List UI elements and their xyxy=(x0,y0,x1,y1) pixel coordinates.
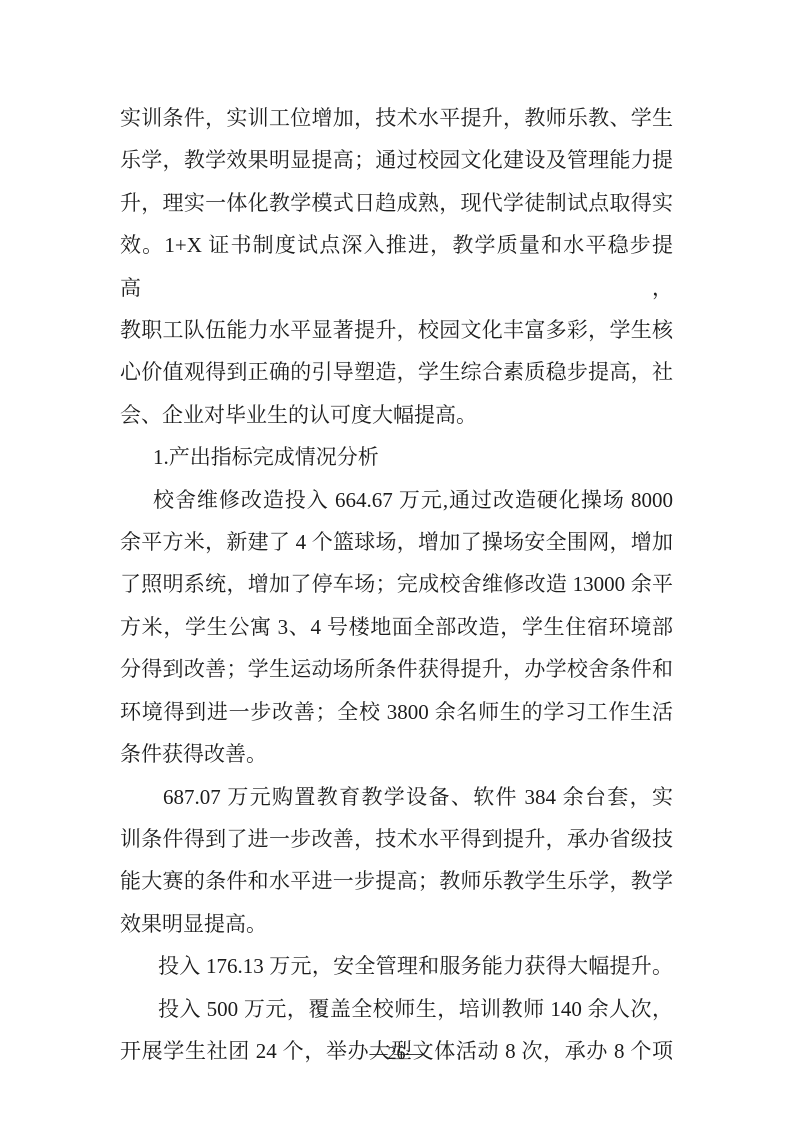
section-heading-line: 1.产出指标完成情况分析 xyxy=(120,436,673,478)
text-body: 实训条件，实训工位增加，技术水平提升，教师乐教、学生 乐学，教学效果明显提高；通… xyxy=(120,97,673,1072)
text-line: 能大赛的条件和水平进一步提高；教师乐教学生乐学，教学 xyxy=(120,860,673,902)
text-line: 环境得到进一步改善；全校 3800 余名师生的学习工作生活 xyxy=(120,691,673,733)
text-line: 方米，学生公寓 3、4 号楼地面全部改造，学生住宿环境部 xyxy=(120,606,673,648)
text-line: 实训条件，实训工位增加，技术水平提升，教师乐教、学生 xyxy=(120,97,673,139)
page-number: —26— xyxy=(370,1043,424,1063)
text-line: 投入 500 万元，覆盖全校师生，培训教师 140 余人次， xyxy=(120,988,673,1030)
text-line: 教职工队伍能力水平显著提升，校园文化丰富多彩，学生核 xyxy=(120,309,673,351)
paragraph-safety-investment: 投入 176.13 万元，安全管理和服务能力获得大幅提升。 xyxy=(120,945,673,987)
text-line: 效。1+X 证书制度试点深入推进，教学质量和水平稳步提高， xyxy=(120,224,673,309)
text-line: 分得到改善；学生运动场所条件获得提升，办学校舍条件和 xyxy=(120,648,673,690)
text-line: 校舍维修改造投入 664.67 万元,通过改造硬化操场 8000 xyxy=(120,479,673,521)
text-line: 条件获得改善。 xyxy=(120,733,673,775)
page-footer: —26— xyxy=(0,1042,793,1064)
text-line: 心价值观得到正确的引导塑造，学生综合素质稳步提高，社 xyxy=(120,351,673,393)
text-line: 效果明显提高。 xyxy=(120,903,673,945)
paragraph-campus-renovation: 校舍维修改造投入 664.67 万元,通过改造硬化操场 8000 余平方米，新建… xyxy=(120,479,673,776)
section-heading-output-indicators: 1.产出指标完成情况分析 xyxy=(120,436,673,478)
paragraph-benefit-summary: 实训条件，实训工位增加，技术水平提升，教师乐教、学生 乐学，教学效果明显提高；通… xyxy=(120,97,673,436)
text-line: 了照明系统，增加了停车场；完成校舍维修改造 13000 余平 xyxy=(120,563,673,605)
text-line: 投入 176.13 万元，安全管理和服务能力获得大幅提升。 xyxy=(120,945,673,987)
text-line: 余平方米，新建了 4 个篮球场，增加了操场安全围网，增加 xyxy=(120,521,673,563)
text-line: 升，理实一体化教学模式日趋成熟，现代学徒制试点取得实 xyxy=(120,182,673,224)
text-line: 训条件得到了进一步改善，技术水平得到提升，承办省级技 xyxy=(120,818,673,860)
text-line: 687.07 万元购置教育教学设备、软件 384 余台套，实 xyxy=(120,776,673,818)
paragraph-equipment-purchase: 687.07 万元购置教育教学设备、软件 384 余台套，实 训条件得到了进一步… xyxy=(120,776,673,946)
text-line: 乐学，教学效果明显提高；通过校园文化建设及管理能力提 xyxy=(120,139,673,181)
text-line: 会、企业对毕业生的认可度大幅提高。 xyxy=(120,394,673,436)
